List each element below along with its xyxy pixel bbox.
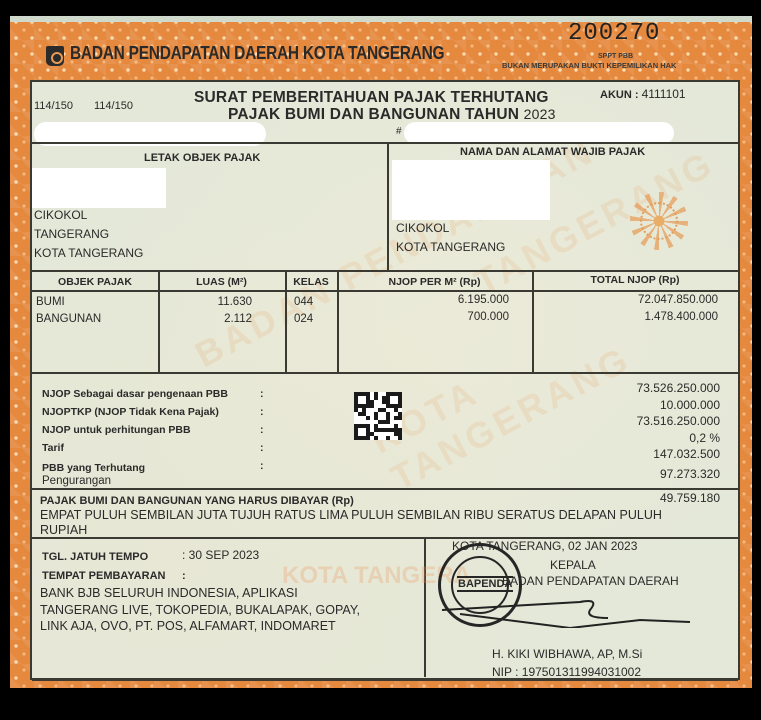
qr-code-icon xyxy=(354,392,402,440)
kelas-cell: 024 xyxy=(294,311,313,328)
page-reference-2: 114/150 xyxy=(94,100,133,112)
calc-separator: : xyxy=(260,403,264,421)
calc-label: NJOP untuk perhitungan PBB xyxy=(42,421,228,439)
due-date-value: : 30 SEP 2023 xyxy=(182,548,259,562)
page-reference-1: 114/150 xyxy=(34,100,73,112)
calculation-separators: : : : : : xyxy=(260,385,264,475)
payable-label: PAJAK BUMI DAN BANGUNAN YANG HARUS DIBAY… xyxy=(40,495,354,507)
location-heading: LETAK OBJEK PAJAK xyxy=(144,152,260,164)
divider xyxy=(424,537,426,677)
signer-position-1: KEPALA xyxy=(550,558,596,572)
calc-separator: : xyxy=(260,439,264,457)
calc-value: 73.516.250.000 xyxy=(532,413,720,430)
signer-nip: NIP : 197501311994031002 xyxy=(492,665,641,679)
payment-place-line: TANGERANG LIVE, TOKOPEDIA, BUKALAPAK, GO… xyxy=(40,602,360,619)
calc-separator: : xyxy=(260,457,264,475)
agency-name: BADAN PENDAPATAN DAERAH KOTA TANGERANG xyxy=(70,43,444,64)
luas-cell: 11.630 xyxy=(158,294,252,311)
divider xyxy=(32,372,738,374)
taxpayer-heading: NAMA DAN ALAMAT WAJIB PAJAK xyxy=(460,146,645,158)
document-type-label: SPPT PBB xyxy=(598,53,633,60)
account-code: AKUN : 4111101 xyxy=(600,87,686,101)
stamp-text: BAPENDA xyxy=(457,576,513,592)
objek-cell: BUMI xyxy=(36,294,101,311)
tax-form-body: BADAN PENDAPATAN KOTA TANGERANG TANGERAN… xyxy=(30,80,740,680)
divider xyxy=(32,679,738,681)
ownership-disclaimer: BUKAN MERUPAKAN BUKTI KEPEMILIKAN HAK xyxy=(502,61,676,70)
redacted-id xyxy=(404,122,674,144)
divider xyxy=(387,142,389,272)
taxpayer-line: KOTA TANGERANG xyxy=(396,238,505,257)
calc-label: NJOP Sebagai dasar pengenaan PBB xyxy=(42,385,228,403)
signature-icon xyxy=(440,598,690,628)
payment-place-sep: : xyxy=(182,570,186,582)
location-line: CIKOKOL xyxy=(34,206,143,225)
document-title-text: PAJAK BUMI DAN BANGUNAN TAHUN xyxy=(228,106,519,123)
seal-rosette-icon xyxy=(630,192,688,250)
signer-name: H. KIKI WIBHAWA, AP, M.Si xyxy=(492,647,642,661)
payable-amount-words: EMPAT PULUH SEMBILAN JUTA TUJUH RATUS LI… xyxy=(40,508,662,522)
calc-separator: : xyxy=(260,421,264,439)
account-label: AKUN : xyxy=(600,89,639,101)
calc-value: 0,2 % xyxy=(532,430,720,447)
redacted-taxpayer-name xyxy=(392,160,550,220)
payment-places: BANK BJB SELURUH INDONESIA, APLIKASI TAN… xyxy=(40,585,360,635)
divider xyxy=(32,270,738,272)
calculation-labels: NJOP Sebagai dasar pengenaan PBB NJOPTKP… xyxy=(42,385,228,487)
location-line: TANGERANG xyxy=(34,225,143,244)
payment-place-line: LINK AJA, OVO, PT. POS, ALFAMART, INDOMA… xyxy=(40,618,360,635)
payable-amount: 49.759.180 xyxy=(532,491,720,505)
calc-label: Pengurangan xyxy=(42,475,228,487)
location-address: CIKOKOL TANGERANG KOTA TANGERANG xyxy=(34,206,143,263)
calc-value: 10.000.000 xyxy=(532,397,720,414)
signer-position-2: BADAN PENDAPATAN DAERAH xyxy=(502,574,679,588)
table-row: BUMI BANGUNAN xyxy=(36,294,101,328)
serial-number: 200270 xyxy=(568,20,660,47)
divider xyxy=(32,142,738,144)
njop-per-m2-cell: 6.195.000 xyxy=(337,292,509,309)
redacted-location xyxy=(32,168,166,208)
calc-value: 73.526.250.000 xyxy=(532,380,720,397)
calc-label: PBB yang Terhutang xyxy=(42,461,228,475)
column-header-luas: LUAS (M²) xyxy=(158,276,285,288)
city-emblem-icon xyxy=(46,46,64,66)
tax-year: 2023 xyxy=(524,106,556,122)
njop-per-m2-column: 6.195.000 700.000 xyxy=(337,292,509,326)
column-header-njop-per-m2: NJOP PER M² (Rp) xyxy=(337,276,532,288)
calc-separator: : xyxy=(260,385,264,403)
calc-label: Tarif xyxy=(42,439,228,457)
luas-cell: 2.112 xyxy=(158,311,252,328)
column-header-objek: OBJEK PAJAK xyxy=(32,276,158,288)
njop-per-m2-cell: 700.000 xyxy=(337,309,509,326)
column-header-kelas: KELAS xyxy=(285,276,337,288)
calc-value: 97.273.320 xyxy=(532,466,720,483)
luas-column: 11.630 2.112 xyxy=(158,294,252,328)
hash-marker: # xyxy=(396,126,402,137)
payment-place-label: TEMPAT PEMBAYARAN xyxy=(42,570,165,582)
total-njop-cell: 72.047.850.000 xyxy=(532,292,718,309)
taxpayer-line: CIKOKOL xyxy=(396,219,505,238)
taxpayer-address: CIKOKOL KOTA TANGERANG xyxy=(396,219,505,257)
total-njop-column: 72.047.850.000 1.478.400.000 xyxy=(532,292,718,326)
kelas-column: 044 024 xyxy=(294,294,313,328)
total-njop-cell: 1.478.400.000 xyxy=(532,309,718,326)
due-date-label: TGL. JATUH TEMPO xyxy=(42,551,148,563)
kelas-cell: 044 xyxy=(294,294,313,311)
account-value: 4111101 xyxy=(642,87,686,101)
divider xyxy=(32,488,738,490)
calc-label: NJOPTKP (NJOP Tidak Kena Pajak) xyxy=(42,403,228,421)
calc-value: 147.032.500 xyxy=(532,446,720,463)
document-title-line1: SURAT PEMBERITAHUAN PAJAK TERHUTANG xyxy=(194,89,549,107)
location-line: KOTA TANGERANG xyxy=(34,244,143,263)
payable-amount-words-cont: RUPIAH xyxy=(40,523,87,537)
column-header-total-njop: TOTAL NJOP (Rp) xyxy=(532,274,738,286)
objek-cell: BANGUNAN xyxy=(36,311,101,328)
calculation-values: 73.526.250.000 10.000.000 73.516.250.000… xyxy=(532,380,720,482)
